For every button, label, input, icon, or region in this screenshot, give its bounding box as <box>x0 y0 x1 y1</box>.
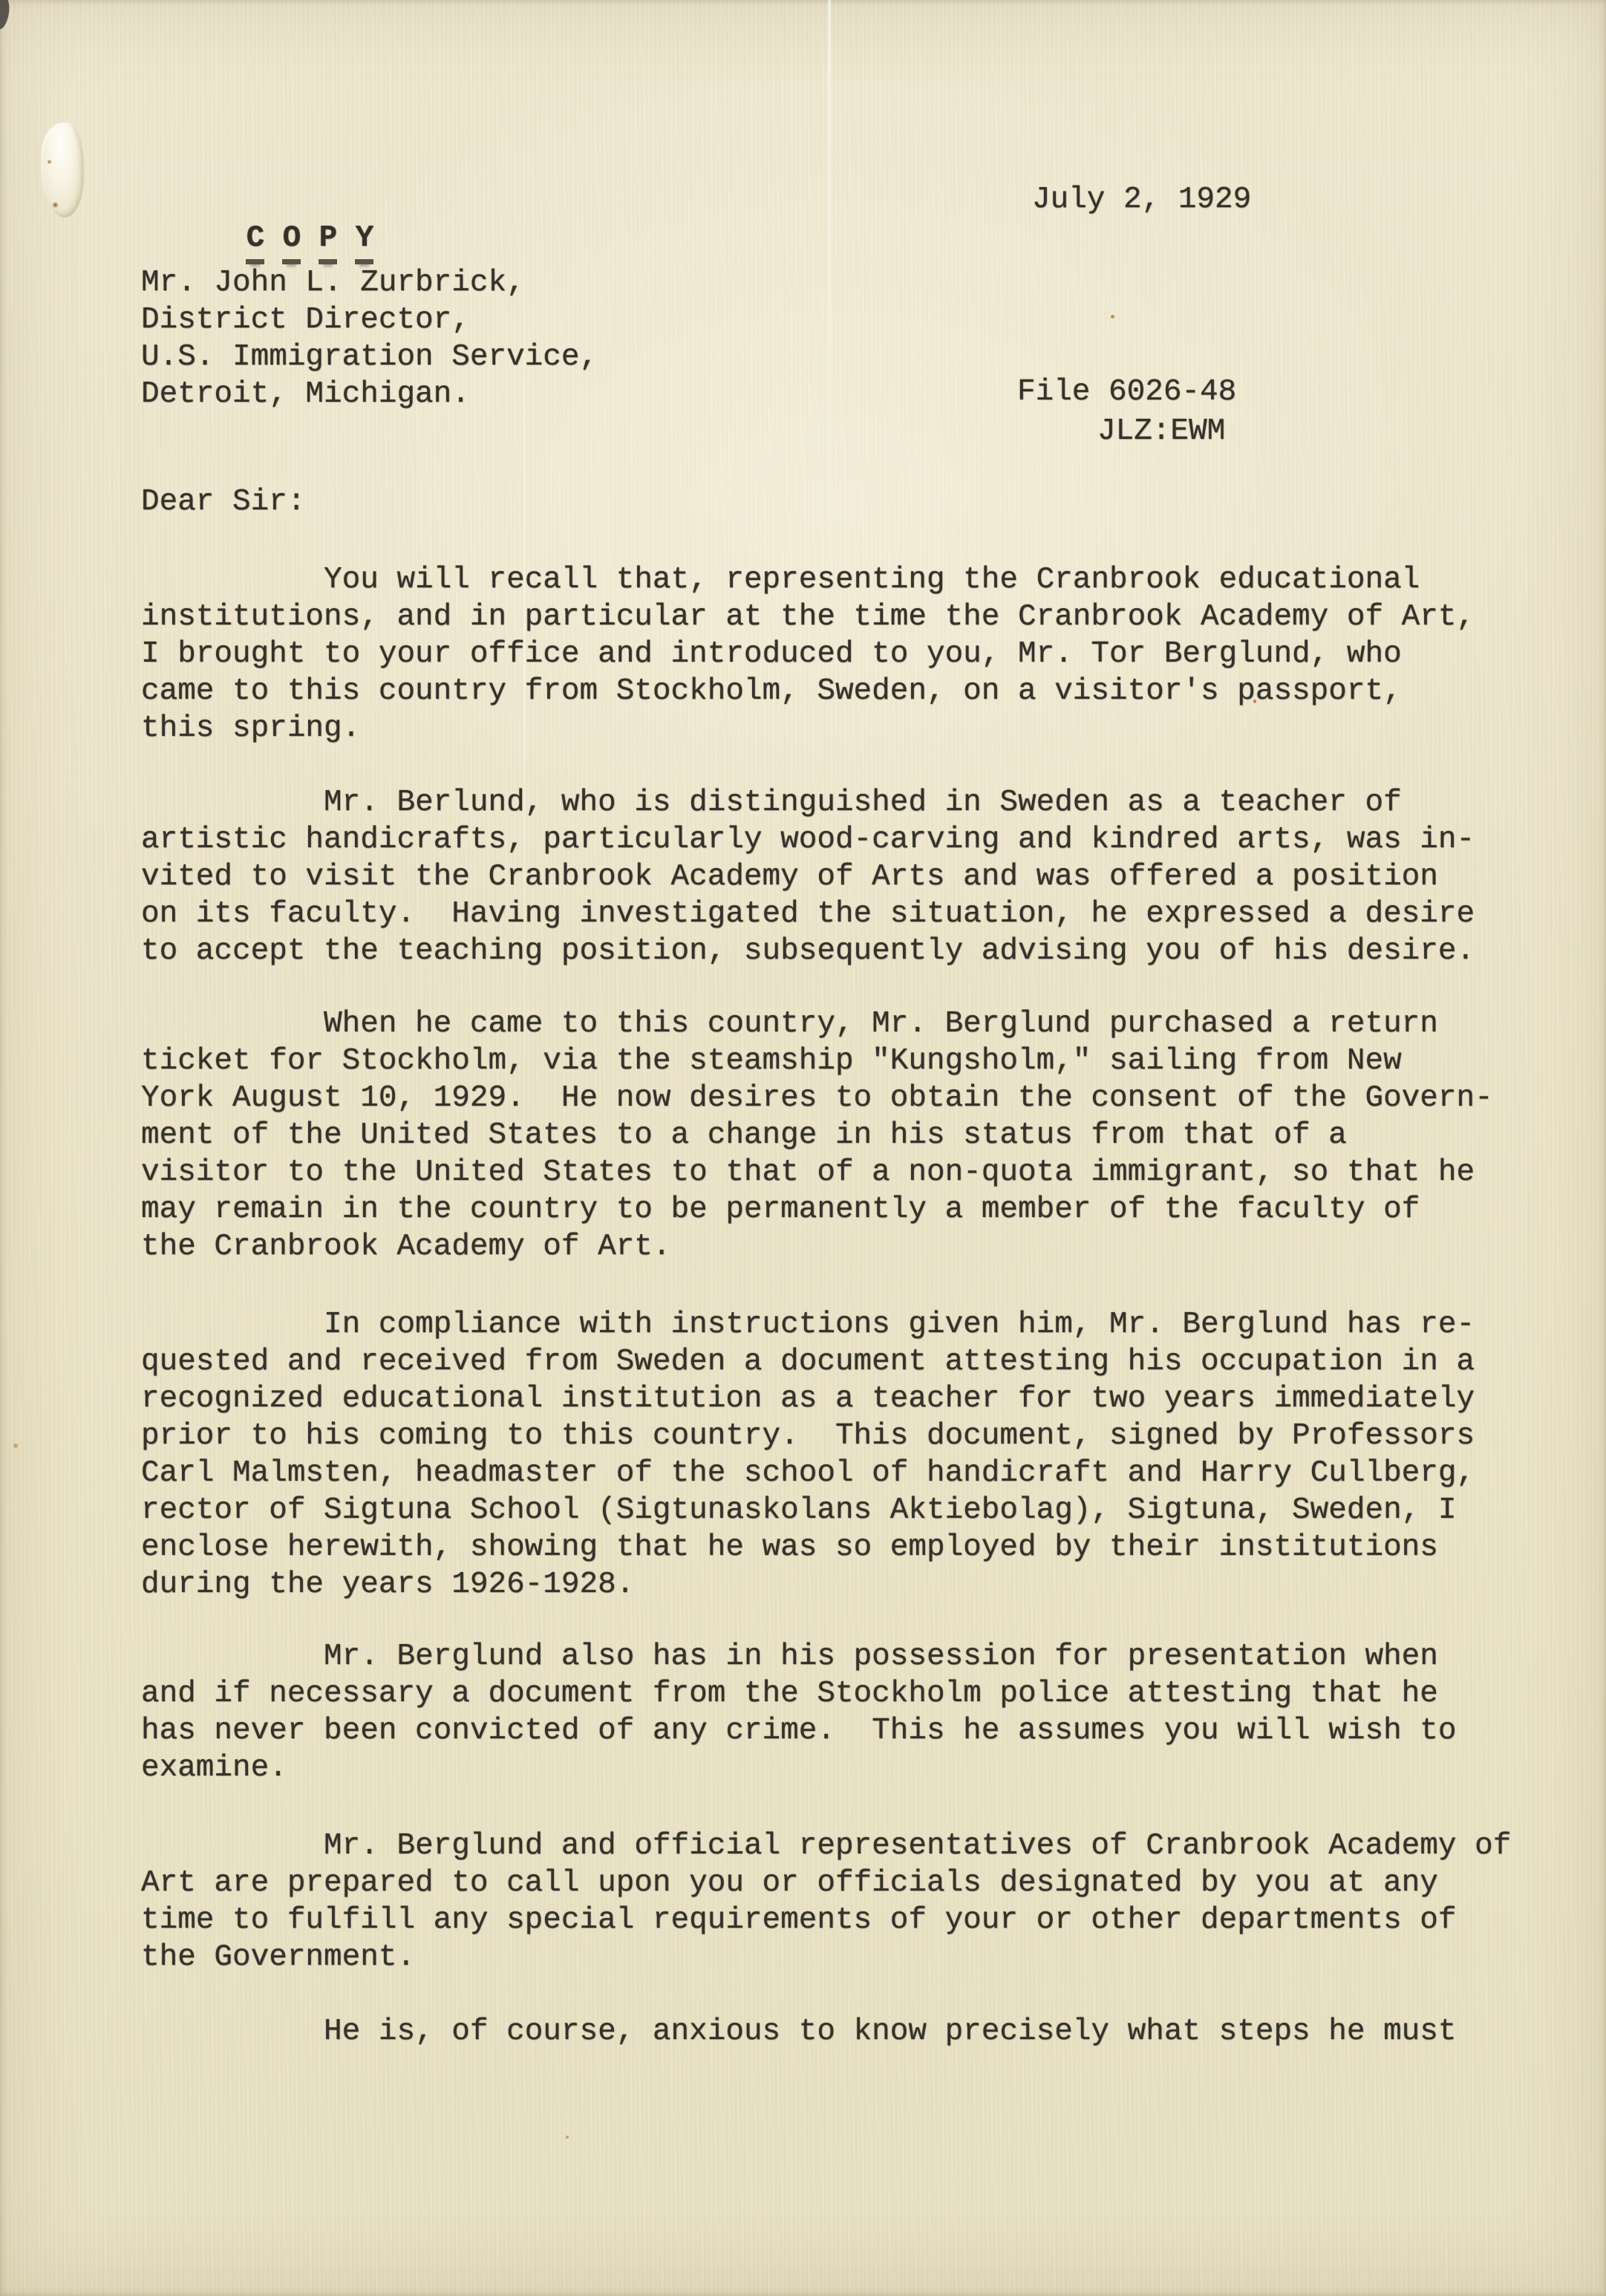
scan-corner-mark <box>0 0 11 30</box>
letter-page: COPY July 2, 1929 Mr. John L. Zurbrick, … <box>0 0 1606 2296</box>
paragraph-3: When he came to this country, Mr. Berglu… <box>141 1005 1581 1265</box>
paper-speck <box>13 1444 18 1448</box>
paper-crease <box>828 0 831 609</box>
paragraph-6: Mr. Berglund and official representative… <box>141 1827 1581 1976</box>
paragraph-2: Mr. Berlund, who is distinguished in Swe… <box>141 784 1581 970</box>
reference-initials: JLZ:EWM <box>1097 413 1225 450</box>
paper-speck <box>1111 315 1114 319</box>
copy-heading-letter: P <box>319 220 337 264</box>
copy-heading-letter: O <box>282 220 301 264</box>
paragraph-7: He is, of course, anxious to know precis… <box>141 2013 1581 2050</box>
file-reference: File 6026-48 <box>1017 374 1236 411</box>
paper-stain-dot <box>47 160 52 164</box>
paper-stain-dot <box>52 202 59 208</box>
paragraph-4: In compliance with instructions given hi… <box>141 1306 1581 1603</box>
paper-speck <box>566 2136 569 2139</box>
date-line: July 2, 1929 <box>1032 181 1251 218</box>
copy-heading-letter: Y <box>355 220 373 264</box>
salutation: Dear Sir: <box>141 483 305 521</box>
paper-blemish <box>41 123 84 218</box>
copy-heading-letter: C <box>246 220 264 264</box>
paragraph-5: Mr. Berglund also has in his possession … <box>141 1638 1581 1787</box>
recipient-address: Mr. John L. Zurbrick, District Director,… <box>141 264 598 413</box>
paragraph-1: You will recall that, representing the C… <box>141 561 1581 747</box>
